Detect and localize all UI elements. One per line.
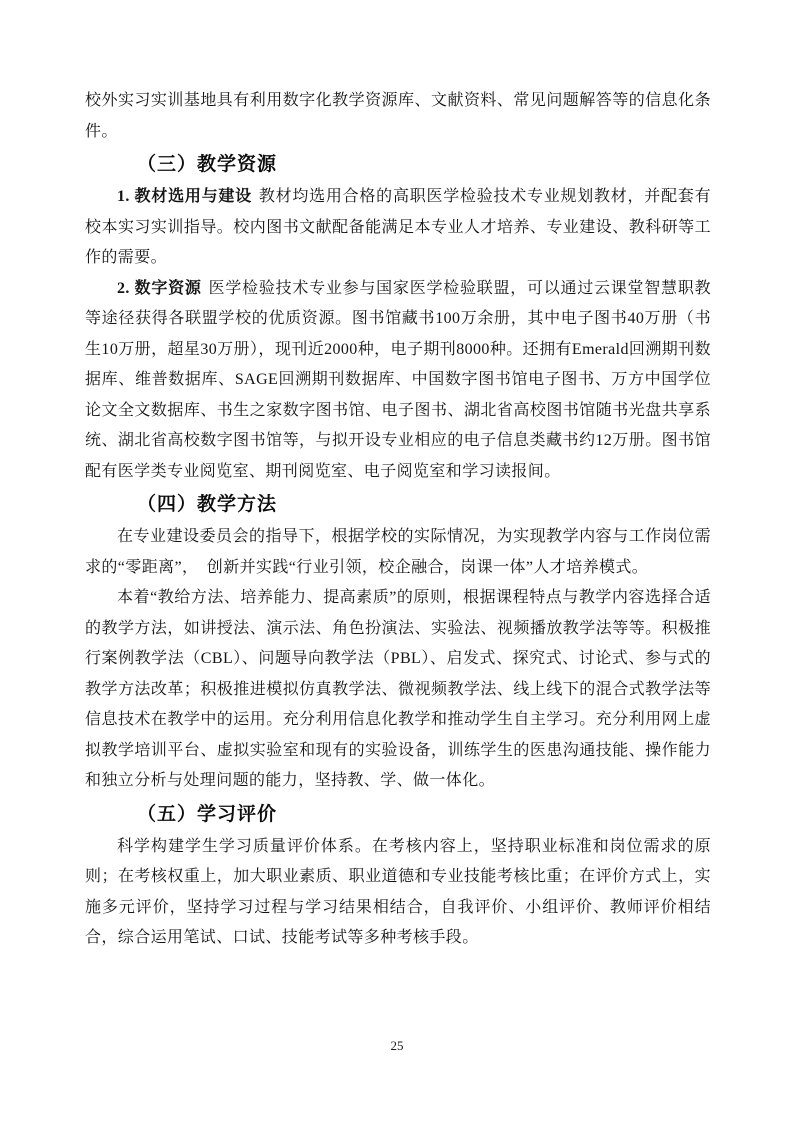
section3-item2-lead: 2. 数字资源 — [117, 280, 202, 297]
section5-paragraph1: 科学构建学生学习质量评价体系。在考核内容上，坚持职业标准和岗位需求的原则；在考核… — [85, 832, 711, 954]
page-number: 25 — [0, 1038, 794, 1054]
section3-heading: （三）教学资源 — [85, 149, 711, 180]
section3-item1-lead: 1. 教材选用与建设 — [117, 188, 252, 205]
section3-item1-paragraph: 1. 教材选用与建设教材均选用合格的高职医学检验技术专业规划教材，并配套有校本实… — [85, 182, 711, 274]
section4-paragraph1: 在专业建设委员会的指导下，根据学校的实际情况，为实现教学内容与工作岗位需求的“零… — [85, 522, 711, 583]
intro-paragraph: 校外实习实训基地具有利用数字化教学资源库、文献资料、常见问题解答等的信息化条件。 — [85, 86, 711, 147]
section3-item2-paragraph: 2. 数字资源医学检验技术专业参与国家医学检验联盟，可以通过云课堂智慧职教等途径… — [85, 274, 711, 488]
section4-heading: （四）教学方法 — [85, 489, 711, 520]
section4-paragraph2: 本着“教给方法、培养能力、提高素质”的原则，根据课程特点与教学内容选择合适的教学… — [85, 583, 711, 797]
section5-heading: （五）学习评价 — [85, 799, 711, 830]
document-page: 校外实习实训基地具有利用数字化教学资源库、文献资料、常见问题解答等的信息化条件。… — [0, 0, 794, 1123]
page-content: 校外实习实训基地具有利用数字化教学资源库、文献资料、常见问题解答等的信息化条件。… — [85, 86, 711, 954]
section3-item2-body: 医学检验技术专业参与国家医学检验联盟，可以通过云课堂智慧职教等途径获得各联盟学校… — [85, 280, 711, 480]
